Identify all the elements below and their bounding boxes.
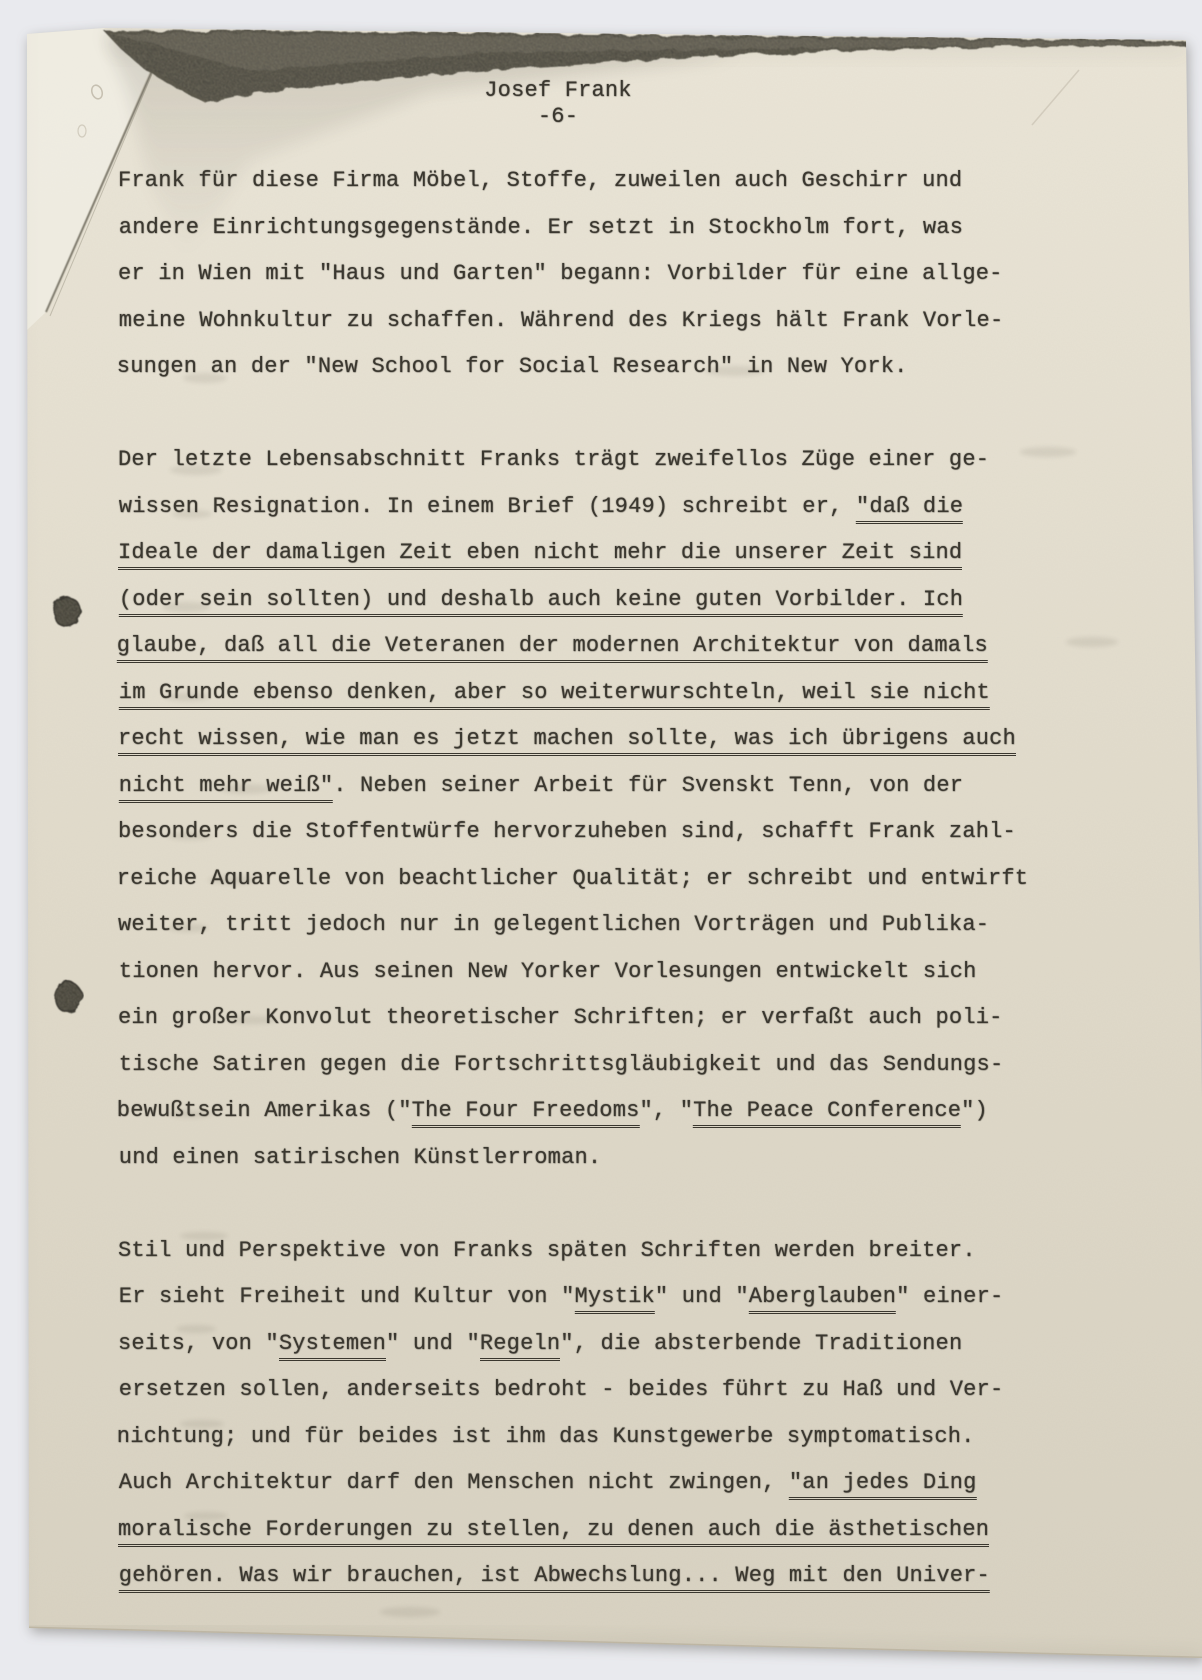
underlined-text: recht wissen, wie man es jetzt machen so…	[118, 726, 1016, 756]
text-line: (oder sein sollten) und deshalb auch kei…	[119, 577, 1099, 624]
text-line: ein großer Konvolut theoretischer Schrif…	[118, 995, 1098, 1042]
text-line: ersetzen sollen, anderseits bedroht - be…	[119, 1367, 1099, 1414]
text-segment: Stil und Perspektive von Franks späten S…	[118, 1238, 976, 1263]
underlined-text: nicht mehr weiß"	[119, 773, 333, 803]
punch-hole-bottom	[54, 982, 83, 1013]
text-segment: " einer-	[896, 1284, 1003, 1309]
text-line: weiter, tritt jedoch nur in gelegentlich…	[118, 902, 1098, 949]
text-segment: tische Satiren gegen die Fortschrittsglä…	[119, 1052, 1004, 1077]
text-segment: meine Wohnkultur zu schaffen. Während de…	[119, 308, 1004, 333]
text-segment: wissen Resignation. In einem Brief (1949…	[119, 494, 856, 519]
underlined-text: Systemen	[279, 1331, 386, 1361]
underlined-text: (oder sein sollten) und deshalb auch kei…	[119, 587, 963, 617]
scanned-document: { "document": { "header": { "title": "Jo…	[0, 0, 1202, 1680]
text-segment: Auch Architektur darf den Menschen nicht…	[119, 1470, 789, 1495]
paragraph: Stil und Perspektive von Franks späten S…	[118, 1228, 1098, 1600]
text-segment: er in Wien mit "Haus und Garten" begann:…	[118, 261, 1003, 286]
text-segment: weiter, tritt jedoch nur in gelegentlich…	[118, 912, 989, 937]
punch-hole-top	[53, 597, 82, 628]
underlined-text: gehören. Was wir brauchen, ist Abwechslu…	[119, 1563, 990, 1593]
paragraph: Frank für diese Firma Möbel, Stoffe, zuw…	[118, 158, 1098, 391]
page-number: -6-	[118, 104, 998, 130]
text-segment: reiche Aquarelle von beachtlicher Qualit…	[117, 866, 1028, 891]
text-segment: ")	[961, 1098, 988, 1123]
page-title: Josef Frank	[118, 78, 998, 104]
text-line: Er sieht Freiheit und Kultur von "Mystik…	[119, 1274, 1099, 1321]
underlined-text: moralische Forderungen zu stellen, zu de…	[118, 1517, 989, 1547]
text-segment: bewußtsein Amerikas ("	[117, 1098, 412, 1123]
text-segment: Er sieht Freiheit und Kultur von "	[119, 1284, 575, 1309]
text-segment: ", "	[640, 1098, 694, 1123]
text-line: bewußtsein Amerikas ("The Four Freedoms"…	[117, 1088, 1097, 1135]
text-segment: besonders die Stoffentwürfe hervorzuhebe…	[118, 819, 1016, 844]
text-segment: " und "	[386, 1331, 480, 1356]
page-header: Josef Frank -6-	[118, 78, 998, 130]
underlined-text: The Four Freedoms	[412, 1098, 640, 1128]
text-segment: tionen hervor. Aus seinen New Yorker Vor…	[119, 959, 977, 984]
paragraph: Der letzte Lebensabschnitt Franks trägt …	[118, 437, 1098, 1181]
text-line: tionen hervor. Aus seinen New Yorker Vor…	[119, 949, 1099, 996]
text-line: tische Satiren gegen die Fortschrittsglä…	[119, 1042, 1099, 1089]
text-line: wissen Resignation. In einem Brief (1949…	[119, 484, 1099, 531]
text-block: Frank für diese Firma Möbel, Stoffe, zuw…	[118, 158, 1098, 1600]
underlined-text: The Peace Conference	[693, 1098, 961, 1128]
text-line: Auch Architektur darf den Menschen nicht…	[119, 1460, 1099, 1507]
underlined-text: "daß die	[856, 494, 963, 524]
underlined-text: Mystik	[574, 1284, 654, 1314]
text-segment: " und "	[655, 1284, 749, 1309]
text-segment: nichtung; und für beides ist ihm das Kun…	[117, 1424, 975, 1449]
text-segment: ersetzen sollen, anderseits bedroht - be…	[119, 1377, 1004, 1402]
document-page: Josef Frank -6- Frank für diese Firma Mö…	[0, 0, 1202, 1680]
text-line: Der letzte Lebensabschnitt Franks trägt …	[118, 437, 1098, 484]
text-line: Ideale der damaligen Zeit eben nicht meh…	[118, 530, 1098, 577]
underlined-text: Aberglauben	[749, 1284, 896, 1314]
text-line: im Grunde ebenso denken, aber so weiterw…	[119, 670, 1099, 717]
text-line: seits, von "Systemen" und "Regeln", die …	[118, 1321, 1098, 1368]
text-segment: sungen an der "New School for Social Res…	[117, 354, 908, 379]
text-line: und einen satirischen Künstlerroman.	[119, 1135, 1099, 1182]
text-segment: andere Einrichtungsgegenstände. Er setzt…	[119, 215, 963, 240]
text-segment: . Neben seiner Arbeit für Svenskt Tenn, …	[333, 773, 963, 798]
text-segment: Frank für diese Firma Möbel, Stoffe, zuw…	[118, 168, 962, 193]
text-line: er in Wien mit "Haus und Garten" begann:…	[118, 251, 1098, 298]
text-line: Stil und Perspektive von Franks späten S…	[118, 1228, 1098, 1275]
text-line: moralische Forderungen zu stellen, zu de…	[118, 1507, 1098, 1554]
left-edge-shade	[27, 30, 41, 1628]
text-line: nicht mehr weiß". Neben seiner Arbeit fü…	[119, 763, 1099, 810]
text-line: andere Einrichtungsgegenstände. Er setzt…	[119, 205, 1099, 252]
text-line: Frank für diese Firma Möbel, Stoffe, zuw…	[118, 158, 1098, 205]
underlined-text: Ideale der damaligen Zeit eben nicht meh…	[118, 540, 962, 570]
text-line: glaube, daß all die Veteranen der modern…	[117, 623, 1097, 670]
text-segment: Der letzte Lebensabschnitt Franks trägt …	[118, 447, 989, 472]
text-segment: ", die absterbende Traditionen	[560, 1331, 962, 1356]
text-line: nichtung; und für beides ist ihm das Kun…	[117, 1414, 1097, 1461]
text-line: meine Wohnkultur zu schaffen. Während de…	[119, 298, 1099, 345]
page-wrapper: Josef Frank -6- Frank für diese Firma Mö…	[0, 0, 1202, 1680]
text-segment: und einen satirischen Künstlerroman.	[119, 1145, 601, 1170]
underlined-text: im Grunde ebenso denken, aber so weiterw…	[119, 680, 990, 710]
text-segment: seits, von "	[118, 1331, 279, 1356]
text-segment: ein großer Konvolut theoretischer Schrif…	[118, 1005, 1003, 1030]
text-line: besonders die Stoffentwürfe hervorzuhebe…	[118, 809, 1098, 856]
text-line: sungen an der "New School for Social Res…	[117, 344, 1097, 391]
underlined-text: glaube, daß all die Veteranen der modern…	[117, 633, 988, 663]
underlined-text: "an jedes Ding	[789, 1470, 977, 1500]
text-line: recht wissen, wie man es jetzt machen so…	[118, 716, 1098, 763]
underlined-text: Regeln	[480, 1331, 560, 1361]
text-line: gehören. Was wir brauchen, ist Abwechslu…	[119, 1553, 1099, 1600]
text-line: reiche Aquarelle von beachtlicher Qualit…	[117, 856, 1097, 903]
